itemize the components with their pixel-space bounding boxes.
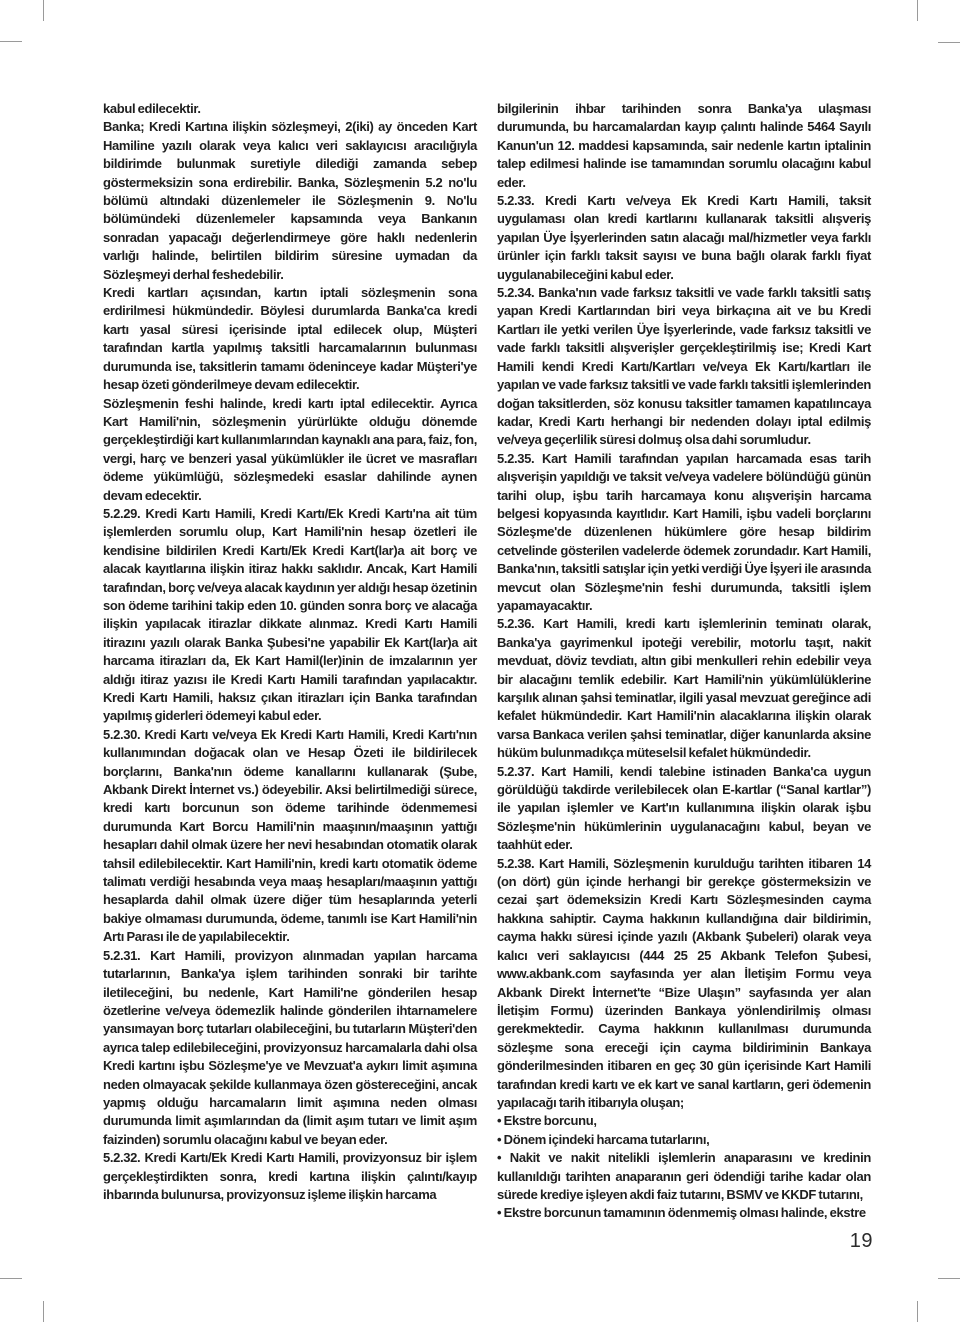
right-column-paragraphs: bilgilerinin ihbar tarihinden sonra Bank… xyxy=(497,100,871,1112)
paragraph: Banka; Kredi Kartına ilişkin sözleşmeyi,… xyxy=(103,118,477,284)
crop-mark-bottom-right-vertical xyxy=(917,1301,918,1322)
paragraph: 5.2.29. Kredi Kartı Hamili, Kredi Kartı/… xyxy=(103,505,477,726)
crop-mark-bottom-left-horizontal xyxy=(0,1278,22,1279)
crop-mark-bottom-left-vertical xyxy=(43,1301,44,1322)
crop-mark-top-left-vertical xyxy=(43,0,44,21)
bullet-item: • Nakit ve nakit nitelikli işlemlerin an… xyxy=(497,1149,871,1204)
paragraph: 5.2.33. Kredi Kartı ve/veya Ek Kredi Kar… xyxy=(497,192,871,284)
paragraph: 5.2.32. Kredi Kartı/Ek Kredi Kartı Hamil… xyxy=(103,1149,477,1204)
right-column-bullet-list: • Ekstre borcunu,• Dönem içindeki harcam… xyxy=(497,1112,871,1222)
paragraph: 5.2.31. Kart Hamili, provizyon alınmadan… xyxy=(103,947,477,1149)
crop-mark-top-left-horizontal xyxy=(0,41,22,42)
left-column: kabul edilecektir.Banka; Kredi Kartına i… xyxy=(103,100,477,1223)
crop-mark-bottom-right-horizontal xyxy=(938,1278,960,1279)
right-column: bilgilerinin ihbar tarihinden sonra Bank… xyxy=(497,100,871,1223)
crop-mark-top-right-horizontal xyxy=(938,42,960,43)
two-column-text-body: kabul edilecektir.Banka; Kredi Kartına i… xyxy=(103,100,871,1223)
bullet-item: • Dönem içindeki harcama tutarlarını, xyxy=(497,1131,871,1149)
paragraph: 5.2.30. Kredi Kartı ve/veya Ek Kredi Kar… xyxy=(103,726,477,947)
paragraph: kabul edilecektir. xyxy=(103,100,477,118)
document-page: kabul edilecektir.Banka; Kredi Kartına i… xyxy=(0,0,960,1322)
paragraph: 5.2.38. Kart Hamili, Sözleşmenin kuruldu… xyxy=(497,855,871,1113)
paragraph: 5.2.37. Kart Hamili, kendi talebine isti… xyxy=(497,763,871,855)
bullet-item: • Ekstre borcunun tamamının ödenmemiş ol… xyxy=(497,1204,871,1222)
paragraph: Sözleşmenin feshi halinde, kredi kartı i… xyxy=(103,395,477,505)
crop-mark-top-right-vertical xyxy=(917,0,918,21)
bullet-item: • Ekstre borcunu, xyxy=(497,1112,871,1130)
page-number: 19 xyxy=(850,1230,873,1253)
paragraph: bilgilerinin ihbar tarihinden sonra Bank… xyxy=(497,100,871,192)
paragraph: 5.2.35. Kart Hamili tarafından yapılan h… xyxy=(497,450,871,616)
paragraph: Kredi kartları açısından, kartın iptali … xyxy=(103,284,477,394)
paragraph: 5.2.36. Kart Hamili, kredi kartı işlemle… xyxy=(497,615,871,762)
paragraph: 5.2.34. Banka'nın vade farksız taksitli … xyxy=(497,284,871,450)
